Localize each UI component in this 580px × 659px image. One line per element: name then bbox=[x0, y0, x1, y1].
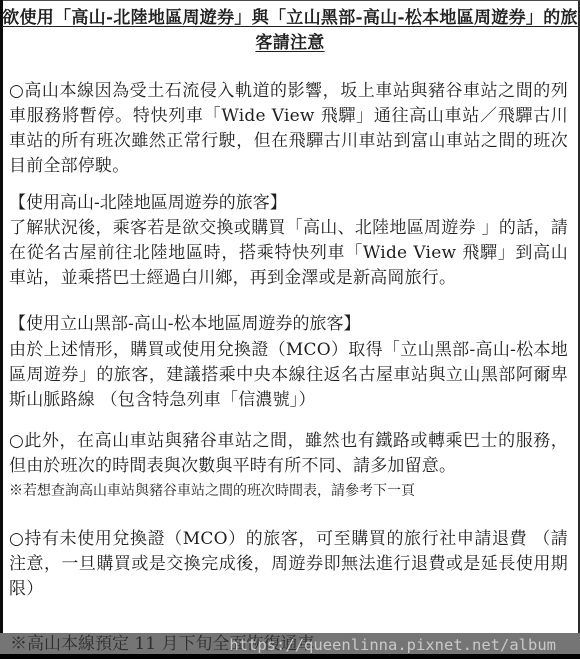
paragraph-takayama-hokuriku-advice: 了解狀況後，乘客若是欲交換或購買「高山、北陸地區周遊券 」的話，請在從名古屋前往… bbox=[9, 216, 568, 291]
section-header-takayama-hokuriku-pass: 【使用高山-北陸地區周遊券的旅客】 bbox=[9, 191, 568, 216]
paragraph-service-suspension: ○高山本線因為受土石流侵入軌道的影響，坂上車站與豬谷車站之間的列車服務將暫停。特… bbox=[9, 79, 568, 179]
paragraph-refund-policy: ○持有未使用兌換證（MCO）的旅客，可至購買的旅行社申請退費 （請注意，一旦購買… bbox=[9, 527, 568, 602]
watermark-bar: ※高山本線預定 11 月下旬全面恢復通車 https://queenlinna.… bbox=[0, 633, 580, 655]
timetable-reference-note: ※若想查詢高山車站與豬谷車站之間的班次時間表，請參考下一頁 bbox=[9, 481, 568, 501]
bottom-black-strip bbox=[0, 654, 580, 659]
notice-document-page: 欲使用「高山-北陸地區周遊券」與「立山黑部-高山-松本地區周遊券」的旅客請注意 … bbox=[0, 0, 580, 659]
watermark-url-text: https://queenlinna.pixnet.net/album bbox=[229, 634, 556, 656]
section-header-tateyama-kurobe-pass: 【使用立山黑部-高山-松本地區周遊券的旅客】 bbox=[9, 312, 568, 337]
paragraph-tateyama-kurobe-advice: 由於上述情形，購買或使用兌換證（MCO）取得「立山黑部-高山-松本地區周遊券」的… bbox=[9, 338, 568, 413]
page-title: 欲使用「高山-北陸地區周遊券」與「立山黑部-高山-松本地區周遊券」的旅客請注意 bbox=[0, 6, 580, 56]
paragraph-alternative-transport: ○此外，在高山車站與豬谷車站之間，雖然也有鐵路或轉乘巴士的服務，但由於班次的時間… bbox=[9, 429, 568, 479]
